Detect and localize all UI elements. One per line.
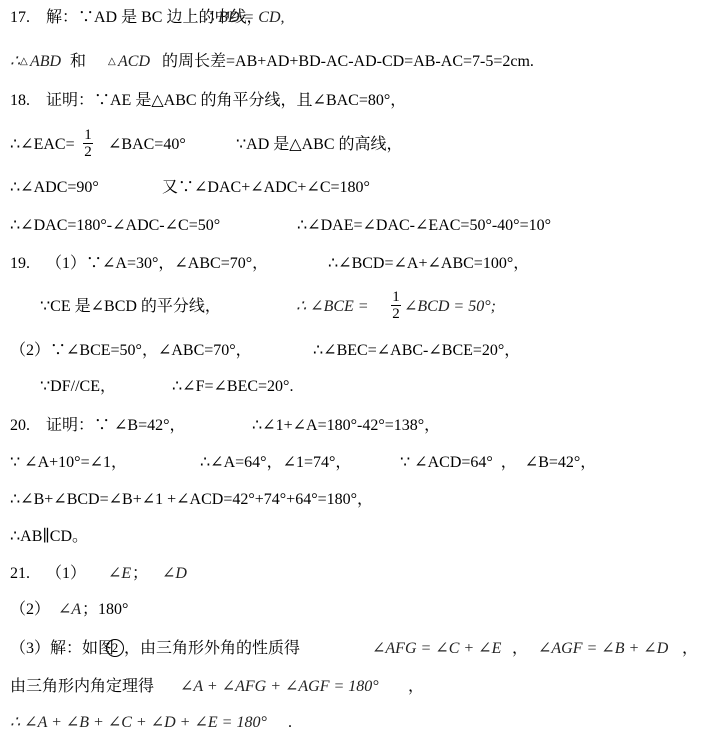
text-segment: 由三角形内角定理得 (10, 677, 154, 697)
text-segment: ∴∠ADC=90° (10, 178, 99, 198)
text-segment: 19. （1）∵∠A=30°，∠ABC=70°， (10, 254, 268, 274)
text-segment: ， (682, 639, 698, 659)
math-formula: ∴ ∠BCE = (296, 297, 369, 317)
text-segment: ∴∠A=64°，∠1=74°， (200, 453, 351, 473)
text-segment: ∵CE 是∠BCD 的平分线， (40, 297, 221, 317)
math-formula: ∠E (108, 564, 131, 584)
text-segment: 又∵∠DAC+∠ADC+∠C=180° (162, 178, 370, 198)
text-segment: ∴∠B+∠BCD=∠B+∠1 +∠ACD=42°+74°+64°=180°， (10, 490, 373, 510)
triangle-symbol-icon: △ (20, 52, 28, 72)
fraction-one-half: 12 (83, 135, 93, 168)
text-segment: ∠BAC=40° (108, 135, 186, 155)
math-formula: ∠A (58, 600, 81, 620)
text-segment: ∵AD 是△ABC 的高线， (236, 135, 403, 155)
triangle-symbol-icon: △ (108, 52, 116, 72)
text-segment: （2） (10, 600, 50, 620)
text-segment: ∴∠DAC=180°-∠ADC-∠C=50° (10, 216, 220, 236)
fraction-denominator: 2 (391, 306, 401, 322)
text-segment: ∵DF//CE， (40, 377, 116, 397)
circled-number-icon: 2 (106, 639, 124, 657)
text-segment: ∴∠DAE=∠DAC-∠EAC=50°-40°=10° (297, 216, 551, 236)
math-formula: ∴ ∠A + ∠B + ∠C + ∠D + ∠E = 180° (10, 713, 267, 733)
text-segment: . (288, 713, 292, 733)
text-segment: ∴AB∥CD。 (10, 527, 88, 547)
math-formula: ABD (30, 52, 61, 72)
text-segment: ； (132, 564, 148, 584)
text-segment: ∴∠BEC=∠ABC-∠BCE=20°， (313, 341, 520, 361)
text-segment: 21. （1） (10, 564, 86, 584)
text-segment: 和 (66, 52, 94, 72)
text-segment: 的周长差=AB+AD+BD-AC-AD-CD=AB-AC=7-5=2cm. (158, 52, 534, 72)
text-segment: ∵ ∠A+10°=∠1， (10, 453, 127, 473)
text-segment: 18. 证明：∵AE 是△ABC 的角平分线，且∠BAC=80°， (10, 91, 406, 111)
text-segment: ；180° (82, 600, 128, 620)
text-segment: （2）∵∠BCE=50°，∠ABC=70°， (10, 341, 252, 361)
text-segment: 20. 证明：∵ ∠B=42°， (10, 416, 186, 436)
math-formula: ∴ (10, 52, 20, 72)
math-formula: ∴ BD = CD, (204, 8, 285, 28)
text-segment: ∵ ∠ACD=64° ， ∠B=42°， (400, 453, 596, 473)
text-segment: ， (512, 639, 528, 659)
math-formula: ∠BCD = 50°; (404, 297, 496, 317)
fraction: 12 (390, 297, 402, 330)
text-segment: ， (408, 677, 424, 697)
fraction-numerator: 1 (391, 289, 401, 306)
text-segment: （3）解：如图 (10, 639, 114, 659)
text-segment: ∴∠1+∠A=180°-42°=138°， (252, 416, 440, 436)
math-formula: ∠A + ∠AFG + ∠AGF = 180° (180, 677, 379, 697)
text-segment: ∴∠F=∠BEC=20°. (172, 377, 293, 397)
text-segment: ∴∠EAC= (10, 135, 75, 155)
text-segment: ∴∠BCD=∠A+∠ABC=100°， (328, 254, 529, 274)
circled-figure-number: 2 (106, 639, 124, 659)
fraction-numerator: 1 (83, 127, 93, 144)
math-formula: ∠D (162, 564, 187, 584)
text-segment: ，由三角形外角的性质得 (124, 639, 300, 659)
fraction: 12 (82, 135, 94, 168)
math-formula: ∠AGF = ∠B + ∠D (538, 639, 668, 659)
math-formula: ∠AFG = ∠C + ∠E (372, 639, 501, 659)
fraction-one-half: 12 (391, 297, 401, 330)
fraction-denominator: 2 (83, 144, 93, 160)
math-formula: ACD (118, 52, 150, 72)
